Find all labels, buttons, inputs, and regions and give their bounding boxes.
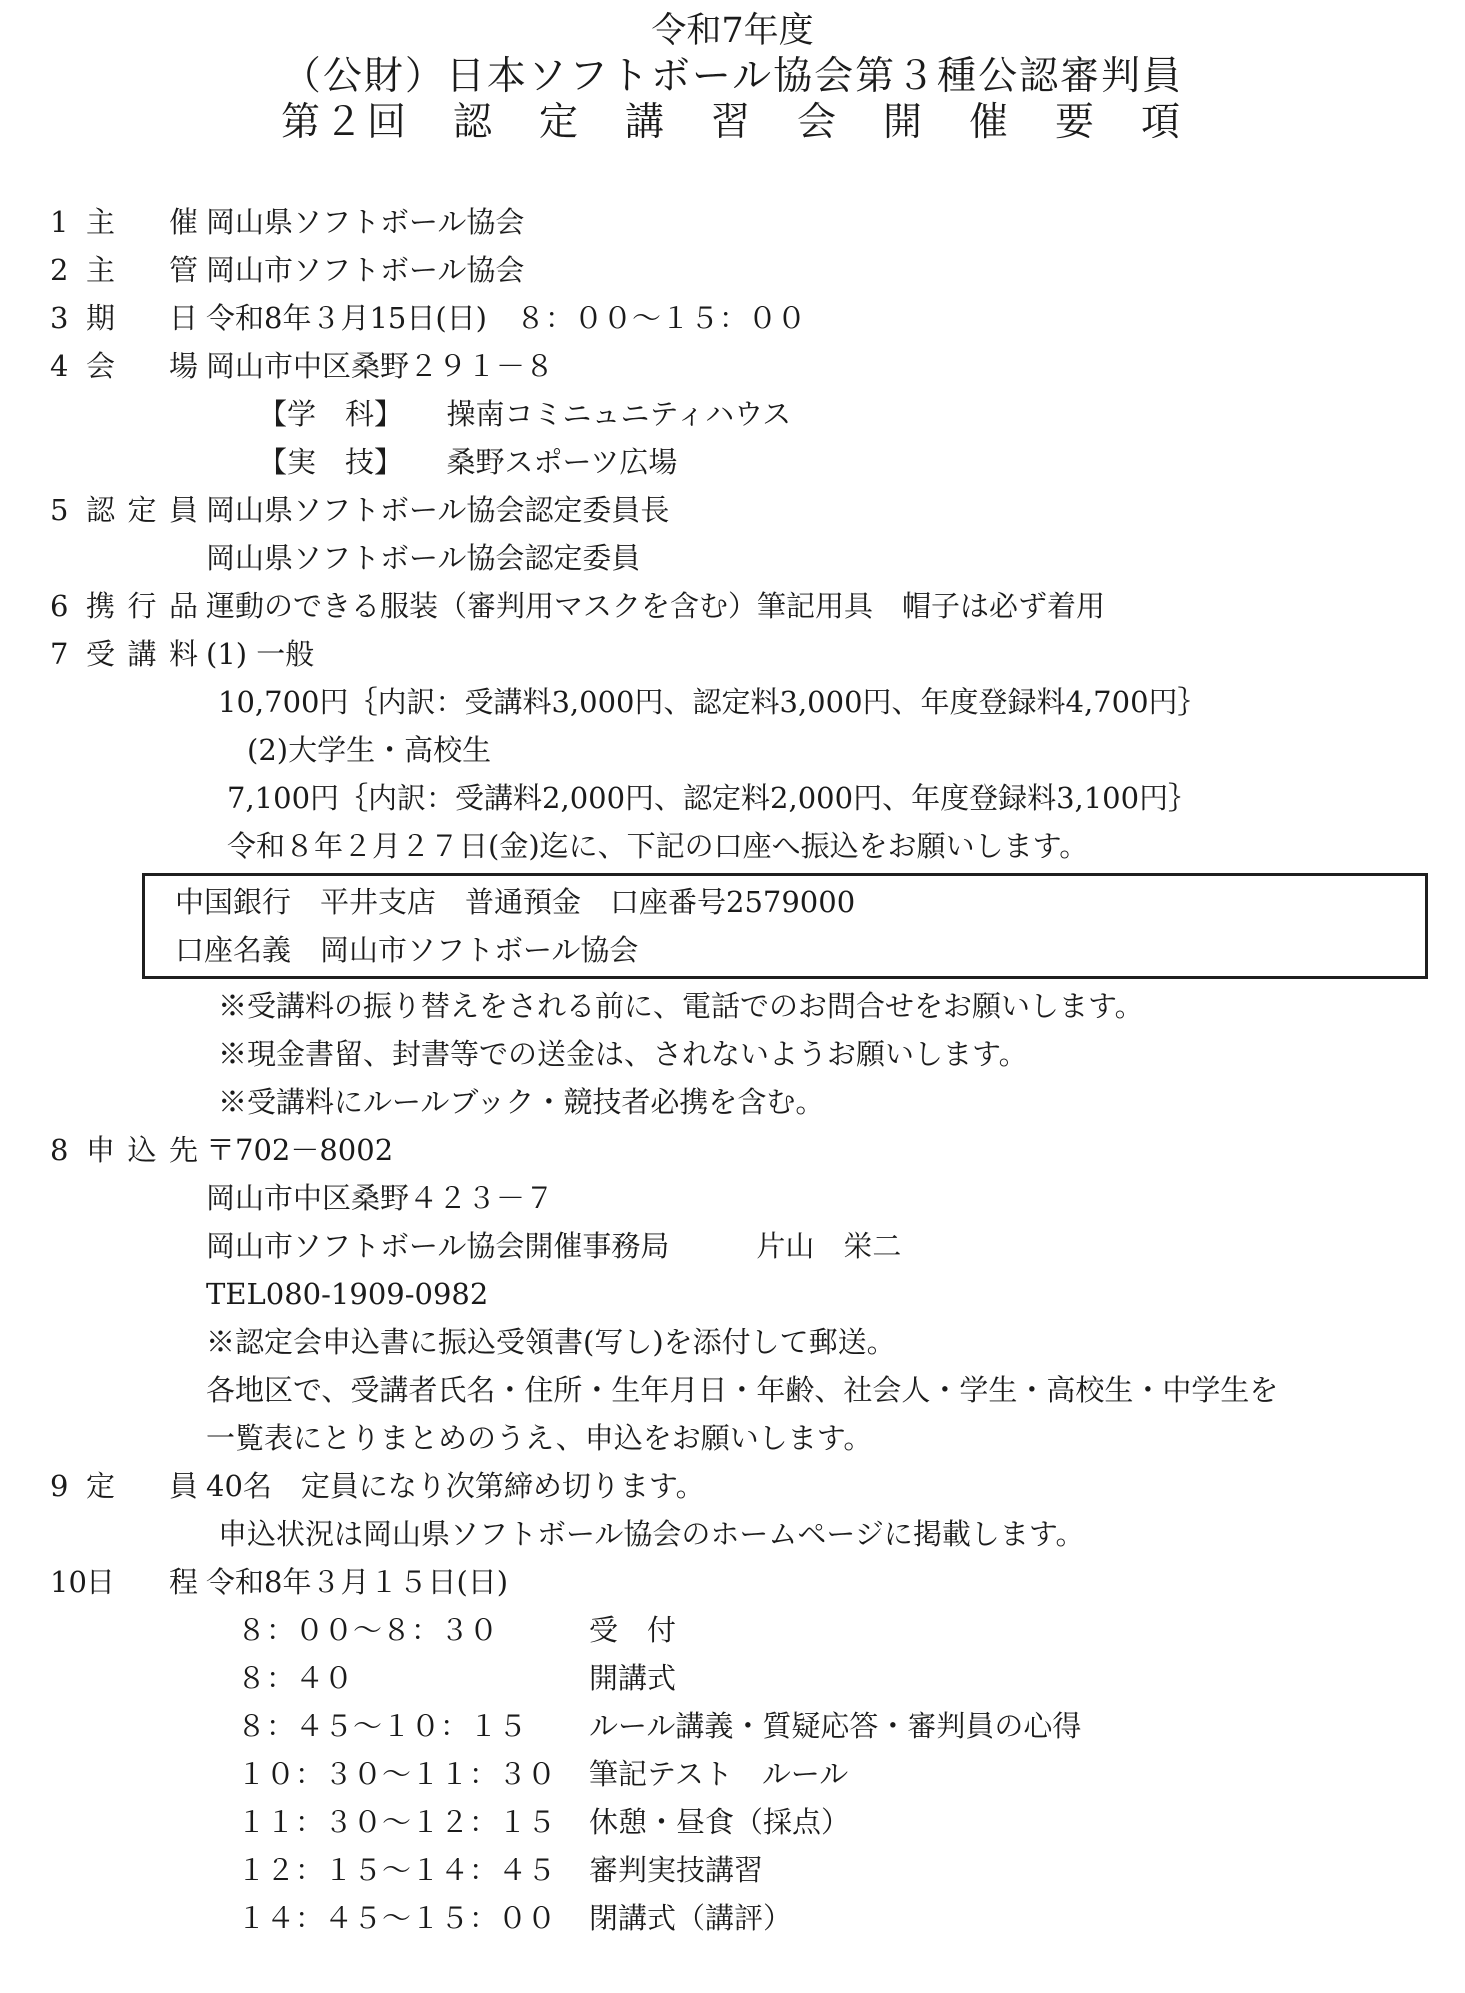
fee-note-line-1: ※受講料の振り替えをされる前に、電話でのお問合せをお願いします。 [218, 982, 1465, 1030]
item-number: 8 [50, 1126, 86, 1174]
schedule-row-1: ８：００～８：３０受 付 [0, 1606, 1465, 1654]
schedule-activity: 閉講式（講評） [589, 1901, 792, 1935]
item-number: 3 [50, 294, 86, 342]
application-instruction-line-2: 一覧表にとりまとめのうえ、申込をお願いします。 [206, 1414, 1465, 1462]
venue-classroom-line: 【学 科】 操南コミニュニティハウス [258, 390, 1465, 438]
item-label: 日程 [86, 1558, 198, 1606]
item-certifiers: 5認定員岡山県ソフトボール協会認定委員長 [0, 486, 1465, 534]
item-organizer: 2主管岡山市ソフトボール協会 [0, 246, 1465, 294]
host-value: 岡山県ソフトボール協会 [206, 205, 524, 239]
date-value: 令和8年３月15日(日) ８：００～１５：００ [206, 301, 806, 335]
item-fee: 7受講料(1) 一般 [0, 630, 1465, 678]
belongings-value: 運動のできる服装（審判用マスクを含む）筆記用具 帽子は必ず着用 [206, 589, 1105, 623]
item-number: 4 [50, 342, 86, 390]
schedule-row-4: １０：３０～１１：３０筆記テスト ルール [0, 1750, 1465, 1798]
schedule-activity: 受 付 [589, 1613, 676, 1647]
item-number: 6 [50, 582, 86, 630]
fee-note-line-3: ※受講料にルールブック・競技者必携を含む。 [218, 1078, 1465, 1126]
schedule-time: ８：００～８：３０ [237, 1606, 589, 1654]
schedule-time: １４：４５～１５：００ [237, 1894, 589, 1942]
item-label: 期日 [86, 294, 198, 342]
item-label: 主催 [86, 198, 198, 246]
fee-general-label: (1) 一般 [206, 637, 314, 671]
schedule-date-value: 令和8年３月１５日(日) [206, 1565, 508, 1599]
schedule-activity: 筆記テスト ルール [589, 1757, 848, 1791]
item-number: 1 [50, 198, 86, 246]
item-label: 定員 [86, 1462, 198, 1510]
title-event-heading: 第２回 認 定 講 習 会 開 催 要 項 [0, 100, 1465, 146]
application-tel-line: TEL080-1909-0982 [206, 1270, 1465, 1318]
application-office-line: 岡山市ソフトボール協会開催事務局 片山 栄二 [206, 1222, 1465, 1270]
bank-account-box: 中国銀行 平井支店 普通預金 口座番号2579000 口座名義 岡山市ソフトボー… [142, 873, 1428, 979]
fee-general-price-line: 10,700円｛内訳：受講料3,000円、認定料3,000円、年度登録料4,70… [218, 678, 1465, 726]
schedule-row-6: １２：１５～１４：４５審判実技講習 [0, 1846, 1465, 1894]
schedule-row-3: ８：４５～１０：１５ルール講義・質疑応答・審判員の心得 [0, 1702, 1465, 1750]
item-venue: 4会場岡山市中区桑野２９１－８ [0, 342, 1465, 390]
item-number: 10 [50, 1558, 86, 1606]
payment-deadline-line: 令和８年２月２７日(金)迄に、下記の口座へ振込をお願いします。 [227, 822, 1465, 870]
title-association: （公財）日本ソフトボール協会第３種公認審判員 [0, 54, 1465, 100]
item-label: 受講料 [86, 630, 198, 678]
bank-account-line-1: 中国銀行 平井支店 普通預金 口座番号2579000 [175, 878, 1415, 926]
schedule-time: １１：３０～１２：１５ [237, 1798, 589, 1846]
item-label: 携行品 [86, 582, 198, 630]
schedule-activity: 開講式 [589, 1661, 676, 1695]
item-number: 2 [50, 246, 86, 294]
schedule-time: １２：１５～１４：４５ [237, 1846, 589, 1894]
schedule-activity: 休憩・昼食（採点） [589, 1805, 850, 1839]
capacity-value: 40名 定員になり次第締め切ります。 [206, 1469, 705, 1503]
item-label: 認定員 [86, 486, 198, 534]
application-instruction-line-1: 各地区で、受講者氏名・住所・生年月日・年齢、社会人・学生・高校生・中学生を [206, 1366, 1465, 1414]
schedule-activity: ルール講義・質疑応答・審判員の心得 [589, 1709, 1081, 1743]
certifier-chief-value: 岡山県ソフトボール協会認定委員長 [206, 493, 669, 527]
document-page: 令和7年度 （公財）日本ソフトボール協会第３種公認審判員 第２回 認 定 講 習… [0, 0, 1465, 1942]
schedule-time: ８：４０ [237, 1654, 589, 1702]
item-schedule: 10日程令和8年３月１５日(日) [0, 1558, 1465, 1606]
item-application: 8申込先〒702－8002 [0, 1126, 1465, 1174]
item-date: 3期日令和8年３月15日(日) ８：００～１５：００ [0, 294, 1465, 342]
item-number: 9 [50, 1462, 86, 1510]
item-host: 1主催岡山県ソフトボール協会 [0, 198, 1465, 246]
fee-student-price-line: 7,100円｛内訳：受講料2,000円、認定料2,000円、年度登録料3,100… [227, 774, 1465, 822]
schedule-activity: 審判実技講習 [589, 1853, 763, 1887]
item-label: 申込先 [86, 1126, 198, 1174]
item-belongings: 6携行品運動のできる服装（審判用マスクを含む）筆記用具 帽子は必ず着用 [0, 582, 1465, 630]
item-number: 7 [50, 630, 86, 678]
application-note-line: ※認定会申込書に振込受領書(写し)を添付して郵送。 [206, 1318, 1465, 1366]
item-label: 主管 [86, 246, 198, 294]
schedule-row-5: １１：３０～１２：１５休憩・昼食（採点） [0, 1798, 1465, 1846]
title-fiscal-year: 令和7年度 [0, 8, 1465, 54]
venue-field-line: 【実 技】 桑野スポーツ広場 [258, 438, 1465, 486]
schedule-row-2: ８：４０開講式 [0, 1654, 1465, 1702]
schedule-time: ８：４５～１０：１５ [237, 1702, 589, 1750]
document-title: 令和7年度 （公財）日本ソフトボール協会第３種公認審判員 第２回 認 定 講 習… [0, 8, 1465, 146]
item-capacity: 9定員40名 定員になり次第締め切ります。 [0, 1462, 1465, 1510]
bank-account-line-2: 口座名義 岡山市ソフトボール協会 [175, 926, 1415, 974]
certifier-member-line: 岡山県ソフトボール協会認定委員 [206, 534, 1465, 582]
organizer-value: 岡山市ソフトボール協会 [206, 253, 524, 287]
application-address-line: 岡山市中区桑野４２３－７ [206, 1174, 1465, 1222]
item-label: 会場 [86, 342, 198, 390]
fee-note-line-2: ※現金書留、封書等での送金は、されないようお願いします。 [218, 1030, 1465, 1078]
venue-address-value: 岡山市中区桑野２９１－８ [206, 349, 554, 383]
item-number: 5 [50, 486, 86, 534]
schedule-row-7: １４：４５～１５：００閉講式（講評） [0, 1894, 1465, 1942]
schedule-time: １０：３０～１１：３０ [237, 1750, 589, 1798]
application-postal-code: 〒702－8002 [206, 1133, 393, 1167]
capacity-status-line: 申込状況は岡山県ソフトボール協会のホームページに掲載します。 [218, 1510, 1465, 1558]
fee-student-label-line: (2)大学生・高校生 [247, 726, 1465, 774]
